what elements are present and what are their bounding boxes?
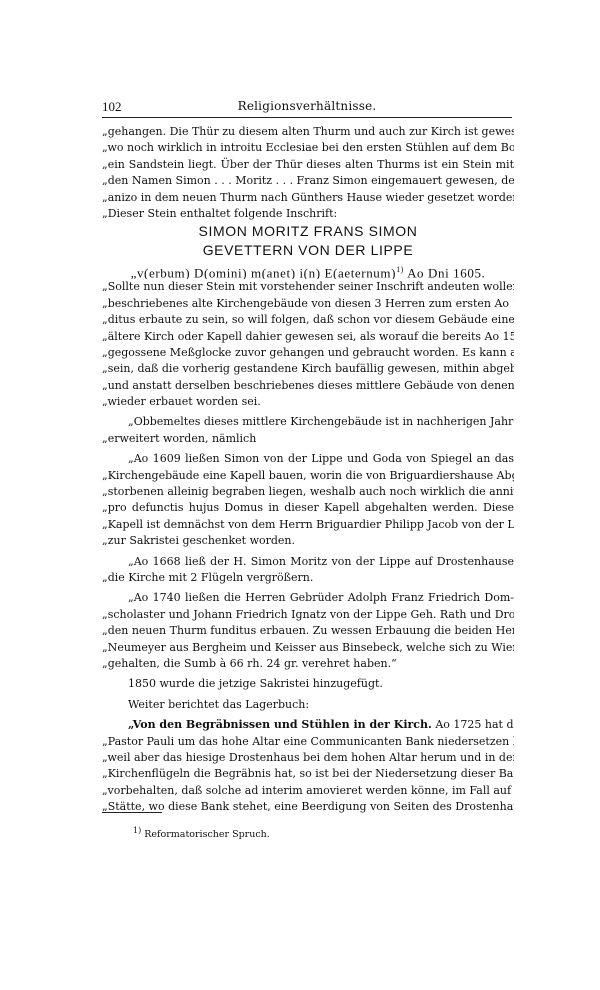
text-line: „Stätte, wo diese Bank stehet, eine Beer…: [102, 799, 514, 815]
text-line: „gegossene Meßglocke zuvor gehangen und …: [102, 345, 514, 361]
motto-text: „v(erbum) D(omini) m(anet) i(n) E(aetern…: [131, 266, 396, 280]
text-line: „anizo in dem neuen Thurm nach Günthers …: [102, 190, 514, 206]
body-text: „gehangen. Die Thür zu diesem alten Thur…: [102, 124, 514, 815]
text-line: „gehalten, die Sumb à 66 rh. 24 gr. vere…: [102, 656, 514, 672]
text-line: „und anstatt derselben beschriebenes die…: [102, 378, 514, 394]
text-line: „sein, daß die vorherig gestandene Kirch…: [102, 361, 514, 377]
inscription-line-2: GEVETTERN VON DER LIPPE: [102, 241, 514, 260]
text-line: „wieder erbauet worden sei.: [102, 394, 514, 410]
paragraph-1609: „Ao 1609 ließen Simon von der Lippe und …: [102, 451, 514, 549]
paragraph-burials: „Von den Begräbnissen und Stühlen in der…: [102, 717, 514, 815]
book-page: 102 Religionsverhältnisse. „gehangen. Di…: [0, 0, 600, 990]
paragraph-tower: „gehangen. Die Thür zu diesem alten Thur…: [102, 124, 514, 222]
text-line: „erweitert worden, nämlich: [102, 431, 514, 447]
text-line: „den Namen Simon . . . Moritz . . . Fran…: [102, 173, 514, 189]
text-line: „scholaster und Johann Friedrich Ignatz …: [102, 607, 514, 623]
paragraph-interpretation: „Sollte nun dieser Stein mit vorstehende…: [102, 279, 514, 410]
text-line: „Obbemeltes dieses mittlere Kirchengebäu…: [102, 414, 514, 430]
footnote-divider: [102, 812, 162, 813]
text-line: „Sollte nun dieser Stein mit vorstehende…: [102, 279, 514, 295]
text-line: „ältere Kirch oder Kapell dahier gewesen…: [102, 329, 514, 345]
text-line: „den neuen Thurm funditus erbauen. Zu we…: [102, 623, 514, 639]
text-line: „weil aber das hiesige Drostenhaus bei d…: [102, 750, 514, 766]
paragraph-1850: 1850 wurde die jetzige Sakristei hinzuge…: [102, 676, 514, 692]
running-title: Religionsverhältnisse.: [102, 99, 512, 113]
paragraph-1740: „Ao 1740 ließen die Herren Gebrüder Adol…: [102, 590, 514, 672]
text-line: „vorbehalten, daß solche ad interim amov…: [102, 783, 514, 799]
text-line: „Kapell ist demnächst von dem Herrn Brig…: [102, 517, 514, 533]
text-line: „zur Sakristei geschenket worden.: [102, 533, 514, 549]
text-line: „die Kirche mit 2 Flügeln vergrößern.: [102, 570, 514, 586]
paragraph-1668: „Ao 1668 ließ der H. Simon Moritz von de…: [102, 554, 514, 587]
motto-date: Ao Dni 1605.: [404, 266, 485, 280]
text-line: „wo noch wirklich in introitu Ecclesiae …: [102, 140, 514, 156]
paragraph-lagerbuch: Weiter berichtet das Lagerbuch:: [102, 697, 514, 713]
text-line: „beschriebenes alte Kirchengebäude von d…: [102, 296, 514, 312]
text-line: „Von den Begräbnissen und Stühlen in der…: [102, 717, 514, 733]
text-line: „Ao 1740 ließen die Herren Gebrüder Adol…: [102, 590, 514, 606]
section-heading: „Von den Begräbnissen und Stühlen in der…: [128, 718, 432, 731]
text-line: „Neumeyer aus Bergheim und Keisser aus B…: [102, 640, 514, 656]
motto-line: „v(erbum) D(omini) m(anet) i(n) E(aetern…: [102, 260, 514, 279]
text-line: „Pastor Pauli um das hohe Altar eine Com…: [102, 734, 514, 750]
text-line: „Kirchenflügeln die Begräbnis hat, so is…: [102, 766, 514, 782]
text-line: „storbenen alleinig begraben liegen, wes…: [102, 484, 514, 500]
footnote-marker: 1): [133, 826, 141, 835]
page-header: 102 Religionsverhältnisse.: [102, 99, 512, 118]
text-line: „Kirchengebäude eine Kapell bauen, worin…: [102, 468, 514, 484]
text-line: „Ao 1609 ließen Simon von der Lippe und …: [102, 451, 514, 467]
footnote-ref: 1): [396, 265, 404, 274]
text-line: „gehangen. Die Thür zu diesem alten Thur…: [102, 124, 514, 140]
paragraph-extension: „Obbemeltes dieses mittlere Kirchengebäu…: [102, 414, 514, 447]
text-line: „Dieser Stein enthaltet folgende Inschri…: [102, 206, 514, 222]
footnote-text: Reformatorischer Spruch.: [144, 829, 270, 840]
inscription-line-1: SIMON MORITZ FRANS SIMON: [102, 222, 514, 241]
text-line: „Ao 1668 ließ der H. Simon Moritz von de…: [102, 554, 514, 570]
text-line: „ein Sandstein liegt. Über der Thür dies…: [102, 157, 514, 173]
footnote: 1) Reformatorischer Spruch.: [133, 826, 270, 840]
text-line: „pro defunctis hujus Domus in dieser Kap…: [102, 500, 514, 516]
text-line: „ditus erbaute zu sein, so will folgen, …: [102, 312, 514, 328]
text-run: Ao 1725 hat der: [432, 718, 514, 731]
